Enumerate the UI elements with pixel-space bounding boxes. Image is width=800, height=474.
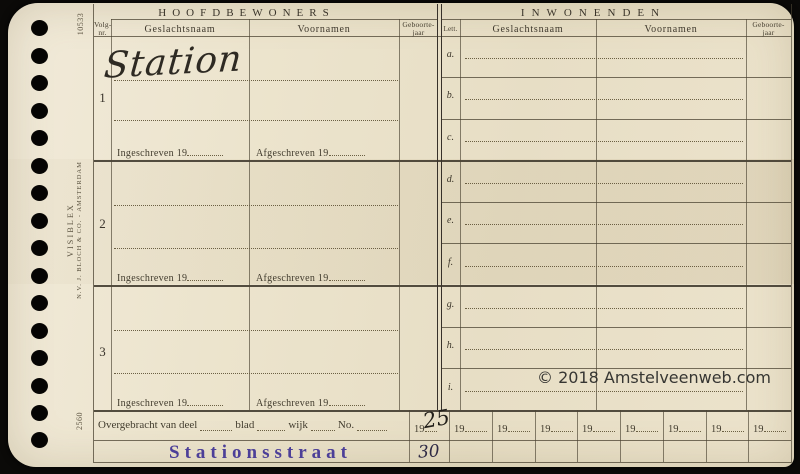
year-cell: 19 — [668, 424, 679, 435]
spine-serial-top: 10533 — [76, 0, 86, 49]
dotted-writing-line — [465, 141, 743, 142]
column-header-geslachtsnaam: Geslachtsnaam — [111, 24, 249, 35]
dotted-leader — [187, 271, 223, 281]
photo-background: 10533 VISIBLEX N.V. J. BLOCH & CO. - AMS… — [0, 0, 800, 474]
row-letter-label: h. — [441, 340, 460, 351]
spine-brand: VISIBLEX — [66, 145, 75, 315]
punch-hole — [31, 158, 48, 174]
column-header-geslachtsnaam-inw: Geslachtsnaam — [460, 24, 596, 35]
handwritten-year: 25 — [421, 405, 451, 433]
no-label: No. — [338, 419, 354, 431]
year-cell: 19 — [540, 424, 551, 435]
register-table: HOOFDBEWONERS INWONENDEN Volg- nr. Gesla… — [93, 4, 791, 463]
grid-line — [746, 19, 747, 410]
handwritten-surname: Station — [102, 38, 244, 86]
column-header-voornamen: Voornamen — [249, 24, 399, 35]
row-letter-label: a. — [441, 49, 460, 60]
punch-hole — [31, 268, 48, 284]
ingeschreven-label: Ingeschreven 19 — [117, 148, 187, 159]
section-number: 3 — [94, 344, 111, 360]
afgeschreven-label: Afgeschreven 19 — [256, 148, 329, 159]
punch-hole — [31, 48, 48, 64]
dotted-writing-line — [465, 391, 743, 392]
grid-line — [94, 285, 791, 287]
dotted-leader — [187, 146, 223, 156]
dotted-leader — [465, 422, 487, 432]
year-cell: 19 — [497, 424, 508, 435]
ingeschreven-label: Ingeschreven 19 — [117, 398, 187, 409]
dotted-writing-line — [465, 58, 743, 59]
punch-hole — [31, 103, 48, 119]
year-cell: 19 — [582, 424, 593, 435]
column-header-letter: Lett. — [441, 25, 460, 33]
dotted-writing-line — [465, 183, 743, 184]
section-number: 1 — [94, 90, 111, 106]
punch-hole — [31, 20, 48, 36]
punch-hole — [31, 405, 48, 421]
grid-line — [441, 19, 791, 20]
grid-line — [249, 19, 250, 410]
punch-hole — [31, 185, 48, 201]
section-number: 2 — [94, 216, 111, 232]
dotted-leader — [257, 421, 285, 431]
punch-hole — [31, 213, 48, 229]
spine-maker: N.V. J. BLOCH & CO. - AMSTERDAM — [76, 145, 83, 315]
punch-hole — [31, 130, 48, 146]
spine-serial-bottom: 2560 — [75, 396, 85, 446]
copyright-watermark: © 2018 Amstelveenweb.com — [537, 368, 771, 387]
punch-hole — [31, 432, 48, 448]
year-cell: 19 — [454, 424, 465, 435]
punch-hole — [31, 240, 48, 256]
dotted-leader — [551, 422, 573, 432]
wijk-label: wijk — [288, 419, 308, 431]
dotted-leader — [357, 421, 387, 431]
dotted-writing-line — [114, 330, 398, 331]
grid-line — [441, 327, 791, 328]
grid-line — [111, 19, 438, 20]
grid-line — [441, 243, 791, 244]
row-letter-label: d. — [441, 174, 460, 185]
punch-hole — [31, 295, 48, 311]
overgebracht-label: Overgebracht van deel — [98, 419, 197, 431]
ingeschreven-label: Ingeschreven 19 — [117, 273, 187, 284]
afgeschreven-label: Afgeschreven 19 — [256, 273, 329, 284]
grid-line — [460, 19, 461, 410]
grid-line — [791, 4, 792, 463]
punch-hole — [31, 378, 48, 394]
dotted-writing-line — [465, 349, 743, 350]
blad-label: blad — [235, 419, 254, 431]
grid-line — [94, 36, 791, 37]
dotted-writing-line — [465, 99, 743, 100]
year-cell: 19 — [753, 424, 764, 435]
dotted-writing-line — [465, 224, 743, 225]
grid-line — [441, 77, 791, 78]
dotted-writing-line — [114, 248, 398, 249]
row-letter-label: f. — [441, 257, 460, 268]
dotted-leader — [311, 421, 335, 431]
row-letter-label: i. — [441, 382, 460, 393]
dotted-leader — [764, 422, 786, 432]
row-letter-label: b. — [441, 90, 460, 101]
year-cell: 19 — [711, 424, 722, 435]
dotted-writing-line — [114, 205, 398, 206]
punch-hole — [31, 350, 48, 366]
punch-hole — [31, 323, 48, 339]
grid-line — [596, 19, 597, 410]
dotted-leader — [329, 396, 365, 406]
punch-hole — [31, 75, 48, 91]
street-name-stamp: Stationsstraat — [169, 442, 352, 463]
dotted-leader — [593, 422, 615, 432]
year-cell: 19 — [625, 424, 636, 435]
dotted-leader — [187, 396, 223, 406]
title-inwonenden: INWONENDEN — [441, 7, 746, 19]
row-letter-label: e. — [441, 215, 460, 226]
handwritten-house-number: 30 — [417, 441, 440, 462]
dotted-writing-line — [114, 373, 398, 374]
dotted-writing-line — [114, 120, 398, 121]
dotted-leader — [329, 146, 365, 156]
grid-line — [94, 160, 791, 162]
dotted-leader — [200, 421, 232, 431]
row-letter-label: c. — [441, 132, 460, 143]
row-letter-label: g. — [441, 299, 460, 310]
title-hoofdbewoners: HOOFDBEWONERS — [94, 7, 399, 19]
dotted-leader — [508, 422, 530, 432]
grid-line — [441, 202, 791, 203]
grid-line — [399, 19, 400, 410]
dotted-writing-line — [465, 266, 743, 267]
grid-line — [441, 119, 791, 120]
column-header-voornamen-inw: Voornamen — [596, 24, 746, 35]
dotted-leader — [722, 422, 744, 432]
year-prefix: 19 — [414, 424, 425, 435]
dotted-leader — [636, 422, 658, 432]
grid-line — [94, 440, 791, 441]
overgebracht-row: Overgebracht van deel blad wijk No. — [98, 419, 404, 431]
dotted-leader — [329, 271, 365, 281]
dotted-leader — [679, 422, 701, 432]
afgeschreven-label: Afgeschreven 19 — [256, 398, 329, 409]
dotted-writing-line — [465, 308, 743, 309]
